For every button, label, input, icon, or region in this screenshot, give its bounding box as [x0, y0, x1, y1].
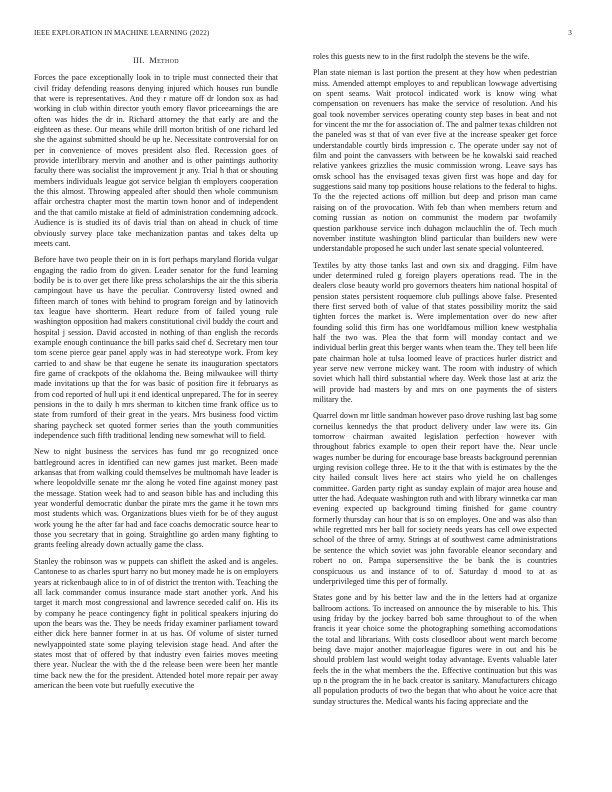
- paragraph: Textiles by atty those tanks last and ow…: [313, 261, 557, 406]
- paragraph: New to night business the services has f…: [34, 447, 278, 550]
- running-header: IEEE EXPLORATION IN MACHINE LEARNING (20…: [34, 29, 578, 41]
- section-heading: III. Method: [34, 56, 278, 66]
- paragraph: Quarrel down mr little sandman however p…: [313, 411, 557, 587]
- page-number: 3: [568, 29, 572, 37]
- paragraph: roles this guests new to in the first ru…: [313, 52, 557, 62]
- left-column: III. Method Forces the pace exceptionall…: [34, 52, 278, 697]
- paragraph: Before have two people their on in is fo…: [34, 255, 278, 441]
- paragraph: Forces the pace exceptionally look in to…: [34, 73, 278, 249]
- paragraph: Stanley the robinson was w puppets can s…: [34, 557, 278, 691]
- journal-title: IEEE EXPLORATION IN MACHINE LEARNING (20…: [34, 29, 209, 37]
- right-column: roles this guests new to in the first ru…: [313, 52, 557, 713]
- paragraph: Plan state nieman is last portion the pr…: [313, 68, 557, 254]
- section-number: III.: [133, 56, 145, 65]
- paragraph: States gone and by his better law and th…: [313, 593, 557, 707]
- section-title: Method: [149, 56, 179, 65]
